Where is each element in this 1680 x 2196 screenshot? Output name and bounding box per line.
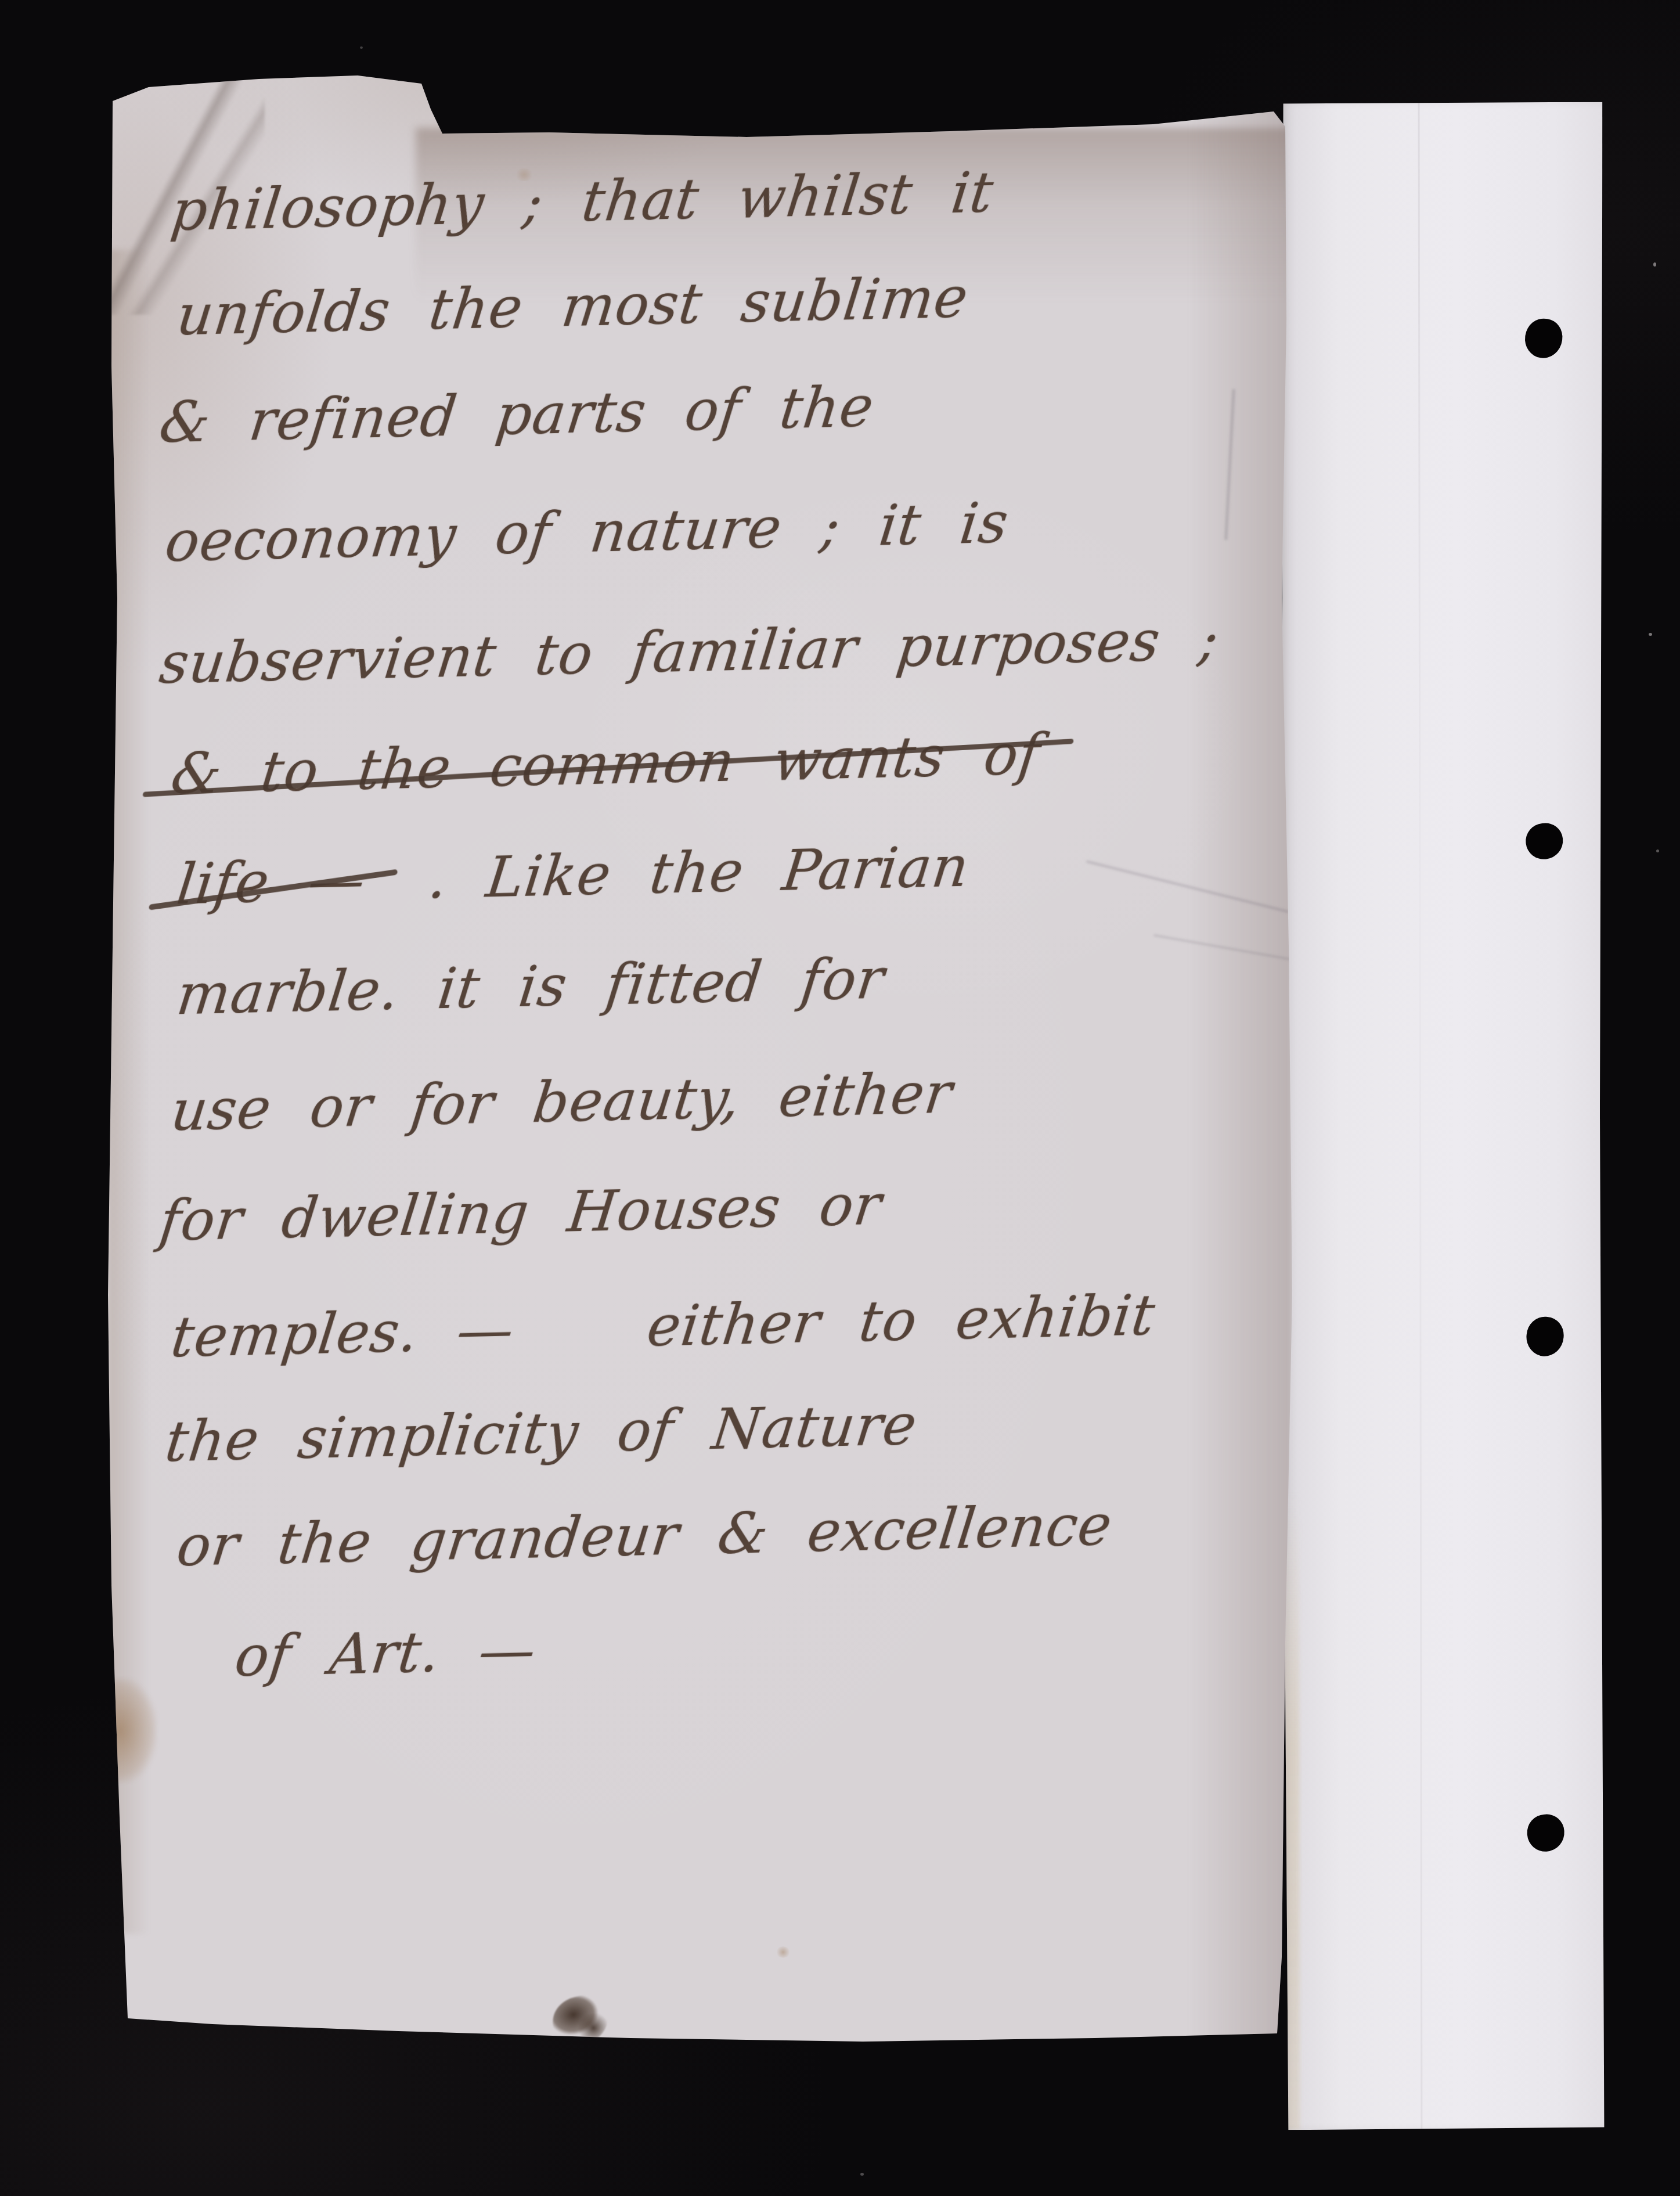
handwritten-line: subservient to familiar purposes ;	[157, 612, 1222, 692]
handwritten-line: unfolds the most sublime	[174, 269, 971, 343]
handwritten-line: the simplicity of Nature	[163, 1397, 920, 1470]
handwritten-line: life —. Like the Parian	[174, 838, 972, 912]
strikethrough-mark: & to the common wants of	[168, 726, 1043, 802]
strikethrough-mark: life —	[174, 852, 369, 912]
handwritten-line: temples. —either to exhibit	[168, 1287, 1158, 1365]
punch-hole	[1525, 1316, 1564, 1358]
handwritten-line: oeconomy of nature ; it is	[163, 495, 1011, 570]
ink-blot	[548, 1991, 612, 2050]
dust-speck	[860, 2173, 864, 2176]
strip-edge-tint	[1284, 1491, 1300, 2130]
dust-speck	[1656, 849, 1659, 852]
dust-speck	[1653, 262, 1656, 267]
punch-hole	[1526, 1813, 1566, 1853]
manuscript-page: philosophy ; that whilst it unfolds the …	[108, 75, 1293, 2042]
handwritten-line: use or for beauty, either	[168, 1065, 956, 1139]
edge-stain	[104, 1678, 157, 1783]
handwritten-line: & refined parts of the	[157, 379, 877, 451]
handwritten-line: for dwelling Houses or	[157, 1177, 885, 1249]
handwritten-line: or the grandeur & excellence	[174, 1497, 1115, 1574]
punch-hole	[1524, 822, 1564, 861]
right-edge-stain	[1189, 75, 1293, 2042]
handwritten-line: marble. it is fitted for	[174, 951, 888, 1023]
punch-hole	[1523, 316, 1565, 361]
handwritten-line: & to the common wants of	[168, 726, 1043, 802]
ink-speck	[592, 2046, 610, 2060]
strip-fold-line	[1418, 102, 1423, 2130]
dust-speck	[1649, 633, 1652, 636]
dust-speck	[360, 46, 363, 49]
handwritten-line: of Art. —	[232, 1622, 539, 1684]
mount-strip	[1280, 102, 1606, 2130]
photograph-background: philosophy ; that whilst it unfolds the …	[0, 0, 1680, 2196]
foxing-spot	[776, 1946, 791, 1958]
